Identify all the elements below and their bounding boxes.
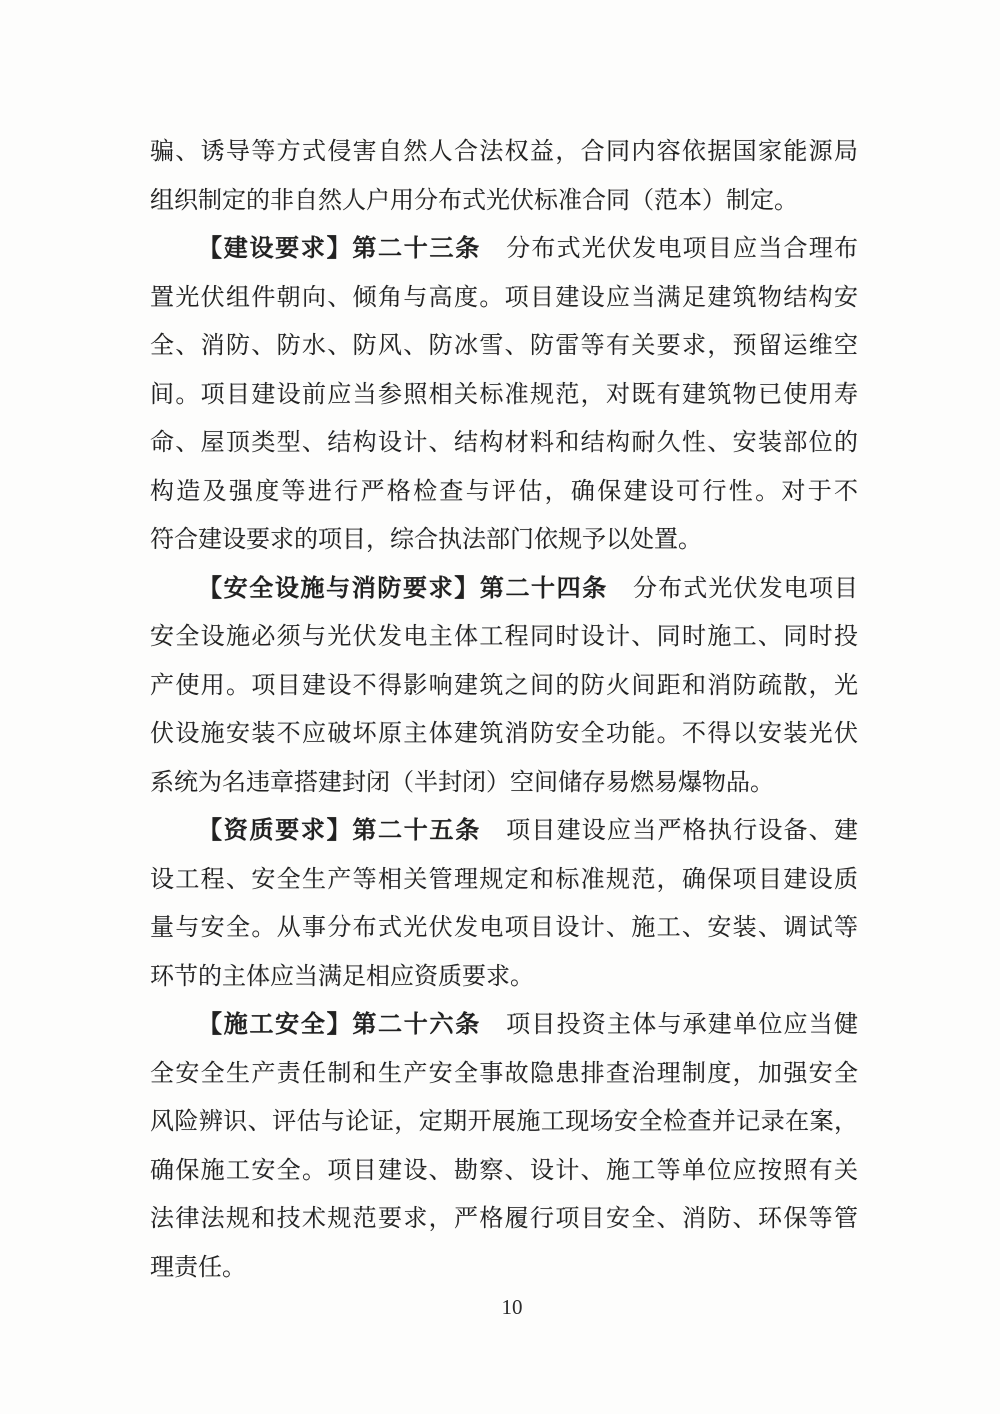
article-label: 【建设要求】第二十三条 [198, 236, 481, 262]
text-line: 量与安全。从事分布式光伏发电项目设计、施工、安装、调试等 [150, 904, 858, 953]
text-line: 骗、诱导等方式侵害自然人合法权益，合同内容依据国家能源局 [150, 128, 858, 177]
text-line: 风险辨识、评估与论证，定期开展施工现场安全检查并记录在案， [150, 1098, 858, 1147]
text-line: 环节的主体应当满足相应资质要求。 [150, 953, 858, 1002]
text-line: 命、屋顶类型、结构设计、结构材料和结构耐久性、安装部位的 [150, 419, 858, 468]
paragraph-article-25: 【资质要求】第二十五条 项目建设应当严格执行设备、建 设工程、安全生产等相关管理… [150, 807, 858, 1001]
article-label: 【施工安全】第二十六条 [198, 1012, 481, 1038]
article-heading-rest: 分布式光伏发电项目应当合理布 [481, 236, 858, 262]
text-line: 产使用。项目建设不得影响建筑之间的防火间距和消防疏散，光 [150, 662, 858, 711]
document-page: 骗、诱导等方式侵害自然人合法权益，合同内容依据国家能源局 组织制定的非自然人户用… [0, 0, 1000, 1414]
text-line: 安全设施必须与光伏发电主体工程同时设计、同时施工、同时投 [150, 613, 858, 662]
article-heading-line: 【施工安全】第二十六条 项目投资主体与承建单位应当健 [150, 1001, 858, 1050]
text-line: 间。项目建设前应当参照相关标准规范，对既有建筑物已使用寿 [150, 371, 858, 420]
text-line: 确保施工安全。项目建设、勘察、设计、施工等单位应按照有关 [150, 1147, 858, 1196]
text-line: 构造及强度等进行严格检查与评估，确保建设可行性。对于不 [150, 468, 858, 517]
article-heading-rest: 项目建设应当严格执行设备、建 [481, 818, 858, 844]
article-heading-line: 【建设要求】第二十三条 分布式光伏发电项目应当合理布 [150, 225, 858, 274]
text-line: 置光伏组件朝向、倾角与高度。项目建设应当满足建筑物结构安 [150, 274, 858, 323]
text-line: 法律法规和技术规范要求，严格履行项目安全、消防、环保等管 [150, 1195, 858, 1244]
text-block: 骗、诱导等方式侵害自然人合法权益，合同内容依据国家能源局 组织制定的非自然人户用… [150, 128, 858, 1292]
article-label: 【资质要求】第二十五条 [198, 818, 481, 844]
article-heading-line: 【资质要求】第二十五条 项目建设应当严格执行设备、建 [150, 807, 858, 856]
text-line: 全安全生产责任制和生产安全事故隐患排查治理制度，加强安全 [150, 1050, 858, 1099]
paragraph: 骗、诱导等方式侵害自然人合法权益，合同内容依据国家能源局 组织制定的非自然人户用… [150, 128, 858, 225]
text-line: 设工程、安全生产等相关管理规定和标准规范，确保项目建设质 [150, 856, 858, 905]
text-line: 系统为名违章搭建封闭（半封闭）空间储存易燃易爆物品。 [150, 759, 858, 808]
article-heading-line: 【安全设施与消防要求】第二十四条 分布式光伏发电项目 [150, 565, 858, 614]
text-line: 符合建设要求的项目，综合执法部门依规予以处置。 [150, 516, 858, 565]
text-line: 组织制定的非自然人户用分布式光伏标准合同（范本）制定。 [150, 177, 858, 226]
article-heading-rest: 分布式光伏发电项目 [608, 576, 858, 602]
article-heading-rest: 项目投资主体与承建单位应当健 [481, 1012, 858, 1038]
article-label: 【安全设施与消防要求】第二十四条 [198, 576, 608, 602]
page-number: 10 [158, 1292, 866, 1322]
text-line: 伏设施安装不应破坏原主体建筑消防安全功能。不得以安装光伏 [150, 710, 858, 759]
paragraph-article-24: 【安全设施与消防要求】第二十四条 分布式光伏发电项目 安全设施必须与光伏发电主体… [150, 565, 858, 808]
text-line: 全、消防、防水、防风、防冰雪、防雷等有关要求，预留运维空 [150, 322, 858, 371]
paragraph-article-26: 【施工安全】第二十六条 项目投资主体与承建单位应当健 全安全生产责任制和生产安全… [150, 1001, 858, 1292]
text-line: 理责任。 [150, 1244, 858, 1293]
paragraph-article-23: 【建设要求】第二十三条 分布式光伏发电项目应当合理布 置光伏组件朝向、倾角与高度… [150, 225, 858, 565]
